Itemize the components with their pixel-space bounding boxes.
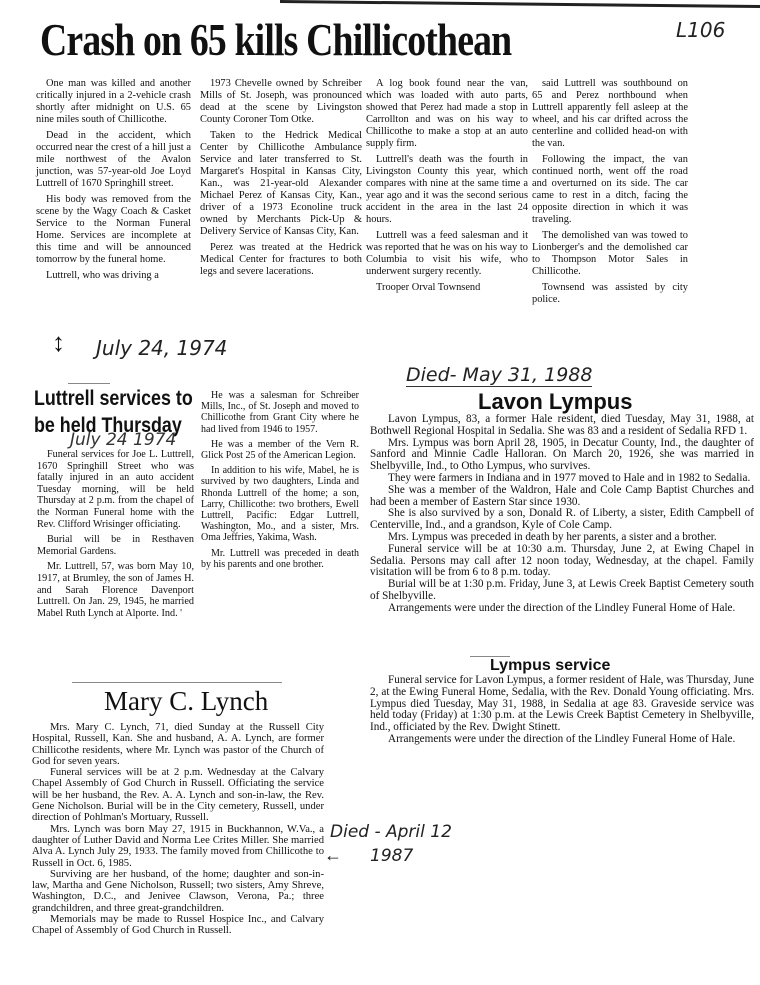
paragraph: He was a salesman for Schreiber Mills, I… bbox=[201, 390, 359, 435]
crash-column-4: said Luttrell was southbound on 65 and P… bbox=[532, 78, 688, 310]
paragraph: She is also survived by a son, Donald R.… bbox=[370, 508, 754, 532]
paragraph: Townsend was assisted by city police. bbox=[532, 282, 688, 306]
lympus-service-headline: Lympus service bbox=[490, 657, 610, 675]
crash-headline: Crash on 65 kills Chillicothean bbox=[40, 12, 511, 68]
scan-edge-line bbox=[280, 0, 760, 8]
died-annotation-lynch: Died - April 12 bbox=[330, 822, 452, 842]
luttrell-column-1: Funeral services for Joe L. Luttrell, 16… bbox=[37, 449, 194, 623]
paragraph: Mr. Luttrell, 57, was born May 10, 1917,… bbox=[37, 561, 194, 619]
paragraph: Funeral service for Lavon Lympus, a form… bbox=[370, 675, 754, 734]
paragraph: In addition to his wife, Mabel, he is su… bbox=[201, 465, 359, 543]
divider bbox=[72, 682, 282, 683]
lavon-lympus-body: Lavon Lympus, 83, a former Hale resident… bbox=[370, 414, 754, 615]
crash-column-1: One man was killed and another criticall… bbox=[36, 78, 191, 286]
paragraph: One man was killed and another criticall… bbox=[36, 78, 191, 126]
paragraph: 1973 Chevelle owned by Schreiber Mills o… bbox=[200, 78, 362, 126]
paragraph: Mrs. Mary C. Lynch, 71, died Sunday at t… bbox=[32, 722, 324, 767]
paragraph: Mrs. Lynch was born May 27, 1915 in Buck… bbox=[32, 824, 324, 869]
paragraph: Funeral services for Joe L. Luttrell, 16… bbox=[37, 449, 194, 530]
paragraph: Perez was treated at the Hedrick Medical… bbox=[200, 242, 362, 278]
paragraph: Burial will be at 1:30 p.m. Friday, June… bbox=[370, 579, 754, 603]
paragraph: A log book found near the van, which was… bbox=[366, 78, 528, 150]
divider bbox=[68, 383, 110, 384]
paragraph: Following the impact, the van continued … bbox=[532, 154, 688, 226]
paragraph: Mrs. Lympus was preceded in death by her… bbox=[370, 532, 754, 544]
paragraph: Burial will be in Resthaven Memorial Gar… bbox=[37, 534, 194, 557]
date-annotation-overlay: July 24 1974 bbox=[70, 430, 176, 450]
paragraph: Memorials may be made to Russel Hospice … bbox=[32, 914, 324, 937]
lympus-service-body: Funeral service for Lavon Lympus, a form… bbox=[370, 675, 754, 746]
paragraph: The demolished van was towed to Lionberg… bbox=[532, 230, 688, 278]
paragraph: Mr. Luttrell was preceded in death by hi… bbox=[201, 548, 359, 570]
left-arrow-icon: ← bbox=[324, 845, 342, 866]
lavon-lympus-headline: Lavon Lympus bbox=[478, 390, 632, 414]
crash-column-2: 1973 Chevelle owned by Schreiber Mills o… bbox=[200, 78, 362, 282]
updown-arrow-icon: ↕ bbox=[52, 330, 65, 356]
paragraph: Lavon Lympus, 83, a former Hale resident… bbox=[370, 414, 754, 438]
mary-lynch-headline: Mary C. Lynch bbox=[104, 685, 268, 717]
paragraph: Mrs. Lympus was born April 28, 1905, in … bbox=[370, 438, 754, 473]
paragraph: Luttrell was a feed salesman and it was … bbox=[366, 230, 528, 278]
paragraph: Surviving are her husband, of the home; … bbox=[32, 869, 324, 914]
paragraph: He was a member of the Vern R. Glick Pos… bbox=[201, 439, 359, 461]
paragraph: His body was removed from the scene by t… bbox=[36, 194, 191, 266]
paragraph: Luttrell's death was the fourth in Livin… bbox=[366, 154, 528, 226]
paragraph: Trooper Orval Townsend bbox=[366, 282, 528, 294]
paragraph: Funeral services will be at 2 p.m. Wedne… bbox=[32, 767, 324, 823]
paragraph: She was a member of the Waldron, Hale an… bbox=[370, 485, 754, 509]
died-annotation-lympus: Died- May 31, 1988 bbox=[406, 364, 592, 387]
paragraph: Luttrell, who was driving a bbox=[36, 270, 191, 282]
paragraph: Arrangements were under the direction of… bbox=[370, 734, 754, 746]
date-annotation-1974: July 24, 1974 bbox=[96, 336, 227, 360]
died-annotation-lynch-year: 1987 bbox=[370, 846, 413, 866]
crash-column-3: A log book found near the van, which was… bbox=[366, 78, 528, 298]
paragraph: Funeral service will be at 10:30 a.m. Th… bbox=[370, 544, 754, 579]
paragraph: Arrangements were under the direction of… bbox=[370, 603, 754, 615]
luttrell-column-2: He was a salesman for Schreiber Mills, I… bbox=[201, 390, 359, 574]
page-number-annotation: L106 bbox=[676, 18, 725, 42]
mary-lynch-body: Mrs. Mary C. Lynch, 71, died Sunday at t… bbox=[32, 722, 324, 937]
paragraph: Taken to the Hedrick Medical Center by C… bbox=[200, 130, 362, 238]
paragraph: They were farmers in Indiana and in 1977… bbox=[370, 473, 754, 485]
paragraph: Dead in the accident, which occurred nea… bbox=[36, 130, 191, 190]
paragraph: said Luttrell was southbound on 65 and P… bbox=[532, 78, 688, 150]
luttrell-headline-line1: Luttrell services to bbox=[34, 387, 193, 411]
